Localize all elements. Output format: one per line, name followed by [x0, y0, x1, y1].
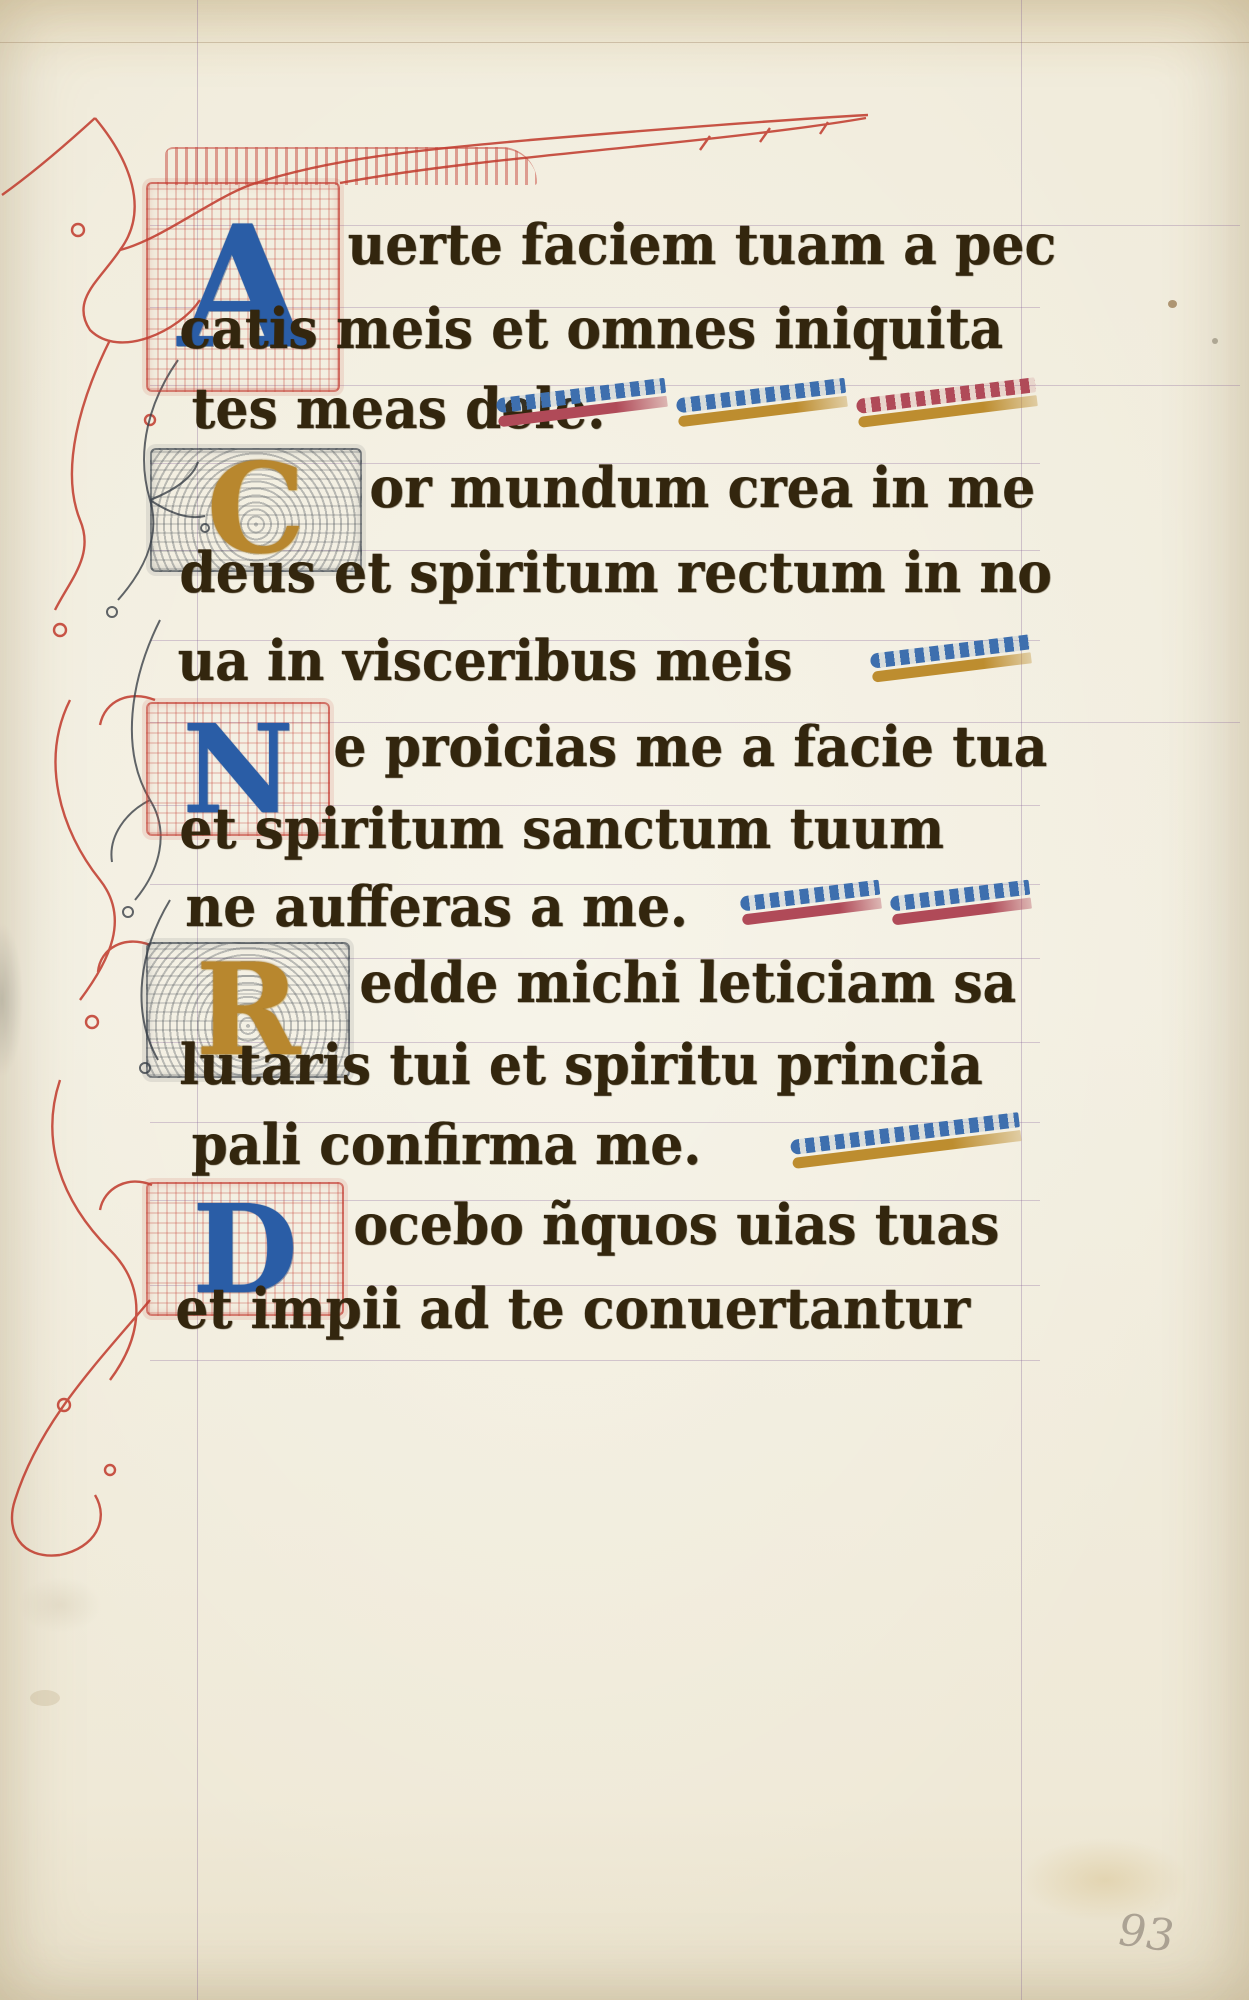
folio-number-pencil: 93 [1112, 1905, 1180, 1963]
text-line: deus et spiritum rectum in no [179, 540, 1053, 606]
filler-motif [676, 378, 851, 448]
text-line: or mundum crea in me [369, 455, 1036, 521]
line-filler [742, 888, 1032, 938]
filler-motif [790, 1112, 1024, 1190]
line-filler [872, 644, 1032, 694]
ruling-line [0, 42, 1249, 43]
ink-speck [1212, 338, 1218, 344]
text-line: ne aufferas a me. [185, 874, 689, 940]
text-line: pali confirma me. [191, 1112, 702, 1178]
ink-speck [1168, 300, 1177, 308]
ruling-line [150, 1360, 1040, 1361]
text-line: e proicias me a facie tua [333, 714, 1048, 780]
text-line: uerte faciem tuam a pec [347, 212, 1057, 278]
text-line: catis meis et omnes iniquita [179, 296, 1004, 362]
ruling-line-vertical [1021, 0, 1022, 2000]
filler-motif [739, 880, 884, 947]
filler-motif [889, 880, 1034, 947]
filler-motif [856, 377, 1041, 449]
filler-motif [496, 378, 671, 448]
text-line: et spiritum sanctum tuum [179, 796, 945, 862]
text-line: et impii ad te conuertantur [175, 1276, 971, 1342]
text-line: lutaris tui et spiritu princia [179, 1032, 984, 1098]
filler-motif [870, 634, 1035, 703]
line-filler [498, 388, 1038, 438]
stain [30, 1690, 60, 1706]
text-line: edde michi leticiam sa [359, 950, 1017, 1016]
penwork-band [165, 147, 537, 185]
manuscript-page: A C N R D uerte faciem tuam a pec catis … [0, 0, 1249, 2000]
line-filler [792, 1126, 1022, 1176]
text-line: ocebo ñquos uias tuas [353, 1192, 1000, 1258]
text-line: ua in visceribus meis [177, 628, 793, 694]
